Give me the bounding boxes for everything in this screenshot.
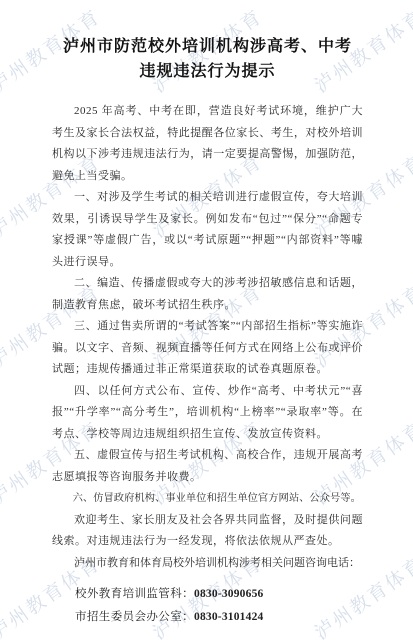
- paragraph-item-4: 四、以任何方式公布、宣传、炒作“高考、中考状元”“喜报”“升学率”“高分考生”，…: [52, 381, 363, 446]
- paragraph-item-1: 一、对涉及学生考试的相关培训进行虚假宣传，夸大培训效果，引诱误导学生及家长。例如…: [52, 187, 363, 273]
- paragraph-intro: 2025 年高考、中考在即，营造良好考试环境，维护广大考生及家长合法权益，特此提…: [52, 101, 363, 187]
- contact-phone: 0830-3090656: [194, 588, 263, 600]
- page-title: 泸州市防范校外培训机构涉高考、中考 违规违法行为提示: [52, 34, 363, 84]
- contact-label: 校外教育培训监管科：: [75, 588, 194, 600]
- paragraph-hotline-intro: 泸州市教育和体育局校外培训机构涉考相关问题咨询电话：: [52, 553, 363, 575]
- paragraph-item-6: 六、仿冒政府机构、事业单位和招生单位官方网站、公众号等。: [52, 488, 363, 510]
- contact-list: 校外教育培训监管科：0830-3090656 市招生委员会办公室：0830-31…: [52, 583, 363, 629]
- contact-phone: 0830-3101424: [194, 611, 263, 623]
- contact-label: 市招生委员会办公室：: [75, 611, 194, 623]
- paragraph-item-2: 二、编造、传播虚假或夸大的涉考涉招敏感信息和话题，制造教育焦虑，破坏考试招生秩序…: [52, 273, 363, 316]
- paragraph-item-3: 三、通过售卖所谓的“考试答案”“内部招生指标”等实施诈骗。以文字、音频、视频直播…: [52, 316, 363, 381]
- contact-line-admissions-office: 市招生委员会办公室：0830-3101424: [52, 606, 363, 629]
- notice-page: 泸州教育体育泸州教育体育泸州教育体育泸州教育体育泸州教育体育泸州教育体育泸州教育…: [0, 0, 413, 640]
- notice-content: 泸州市防范校外培训机构涉高考、中考 违规违法行为提示 2025 年高考、中考在即…: [52, 34, 363, 629]
- paragraph-item-5: 五、虚假宣传与招生考试机构、高校合作，违规开展高考志愿填报等咨询服务并收费。: [52, 445, 363, 488]
- contact-line-supervision-dept: 校外教育培训监管科：0830-3090656: [52, 583, 363, 606]
- page-title-line-1: 泸州市防范校外培训机构涉高考、中考: [52, 34, 363, 59]
- page-title-line-2: 违规违法行为提示: [52, 59, 363, 84]
- paragraph-supervision: 欢迎考生、家长朋友及社会各界共同监督，及时提供问题线索。对违规违法行为一经发现，…: [52, 510, 363, 553]
